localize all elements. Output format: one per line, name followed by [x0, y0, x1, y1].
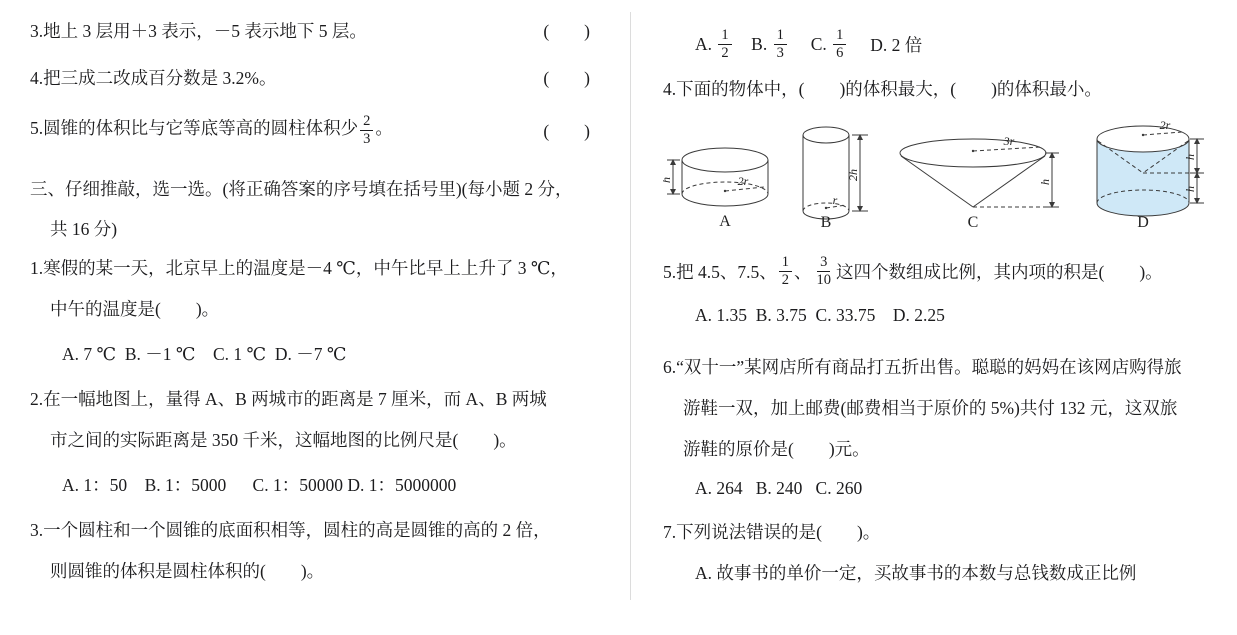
figure-d-label: D	[1137, 214, 1149, 231]
column-divider	[630, 12, 631, 600]
question2-line1: 2.在一幅地图上，量得 A、B 两城市的距离是 7 厘米，而 A、B 两城	[30, 378, 592, 419]
answer-bracket: ( )	[543, 18, 590, 43]
fraction-one-half: 12	[779, 254, 792, 287]
question5-text: 5.把 4.5、7.5、12、310这四个数组成比例，其内项的积是( )。	[663, 247, 1213, 295]
answer-bracket: ( )	[543, 65, 590, 90]
figure-d-radius-label: 2r	[1160, 118, 1171, 132]
figure-c-cone: 3r h C	[889, 123, 1074, 231]
figure-d-upper-height-label: h	[1183, 154, 1197, 160]
fraction-one-third: 13	[774, 27, 787, 60]
section-heading-line2: 共 16 分)	[30, 209, 592, 247]
figure-a-height-label: h	[663, 177, 673, 183]
section-heading-line1: 三、仔细推敲，选一选。(将正确答案的序号填在括号里)(每小题 2 分，	[30, 168, 592, 209]
judge-item-3: 3.地上 3 层用＋3 表示，－5 表示地下 5 层。 ( )	[30, 10, 592, 51]
judge-item-4-text: 4.把三成二改成百分数是 3.2%。	[30, 65, 276, 90]
question1-line2: 中午的温度是( )。	[30, 288, 592, 329]
question3-line1: 3.一个圆柱和一个圆锥的底面积相等，圆柱的高是圆锥的高的 2 倍，	[30, 509, 592, 550]
left-column: 3.地上 3 层用＋3 表示，－5 表示地下 5 层。 ( ) 4.把三成二改成…	[0, 0, 630, 635]
figure-a-radius-label: 2r	[738, 174, 749, 188]
figure-d-cylinder-cone: 2r h h D	[1079, 113, 1209, 231]
judge-item-5-text: 5.圆锥的体积比与它等底等高的圆柱体积少23。	[30, 113, 393, 146]
question3-options: A. 12 B. 13 C. 16 D. 2 倍	[663, 20, 1213, 68]
question7-line1: 7.下列说法错误的是( )。	[663, 511, 1213, 552]
answer-bracket: ( )	[543, 118, 590, 143]
question4-text: 4.下面的物体中，( )的体积最大，( )的体积最小。	[663, 68, 1213, 109]
question6-line1: 6.“双十一”某网店所有商品打五折出售。聪聪的妈妈在该网店购得旅	[663, 346, 1213, 387]
question6-line3: 游鞋的原价是( )元。	[663, 428, 1213, 469]
figure-b-radius-label: r	[833, 193, 838, 207]
question2-options: A. 1：50 B. 1：5000 C. 1：50000 D. 1：500000…	[30, 464, 592, 505]
figure-b-label: B	[821, 214, 832, 231]
question2-line2: 市之间的实际距离是 350 千米，这幅地图的比例尺是( )。	[30, 419, 592, 460]
figure-c-radius-label: 3r	[1002, 134, 1014, 148]
figure-d-lower-height-label: h	[1183, 186, 1197, 192]
question3-line2: 则圆锥的体积是圆柱体积的( )。	[30, 550, 592, 591]
question6-line2: 游鞋一双，加上邮费(邮费相当于原价的 5%)共付 132 元，这双旅	[663, 387, 1213, 428]
exam-page: 3.地上 3 层用＋3 表示，－5 表示地下 5 层。 ( ) 4.把三成二改成…	[0, 0, 1237, 635]
fraction-two-thirds: 23	[360, 113, 373, 146]
question7-option-a: A. 故事书的单价一定，买故事书的本数与总钱数成正比例	[663, 552, 1213, 593]
judge-item-3-text: 3.地上 3 层用＋3 表示，－5 表示地下 5 层。	[30, 18, 367, 43]
figure-b-height-label: 2h	[846, 169, 860, 181]
figure-b-tall-cylinder: 2h r B	[788, 119, 883, 231]
figure-row: h 2r A 2h r	[663, 111, 1213, 231]
fraction-one-half: 12	[718, 27, 731, 60]
judge-item-4: 4.把三成二改成百分数是 3.2%。 ( )	[30, 57, 592, 98]
figure-c-height-label: h	[1038, 179, 1052, 185]
question1-line1: 1.寒假的某一天，北京早上的温度是－4 ℃，中午比早上上升了 3 ℃，	[30, 247, 592, 288]
judge-item-5: 5.圆锥的体积比与它等底等高的圆柱体积少23。 ( )	[30, 106, 592, 154]
fraction-one-sixth: 16	[833, 27, 846, 60]
figure-c-label: C	[967, 214, 978, 231]
question6-options: A. 264 B. 240 C. 260	[663, 469, 1213, 507]
figure-a-label: A	[719, 213, 731, 230]
right-column: A. 12 B. 13 C. 16 D. 2 倍 4.下面的物体中，( )的体积…	[630, 0, 1237, 635]
figure-a-wide-cylinder: h 2r A	[663, 136, 783, 231]
question5-options: A. 1.35 B. 3.75 C. 33.75 D. 2.25	[663, 295, 1213, 336]
question1-options: A. 7 ℃ B. －1 ℃ C. 1 ℃ D. －7 ℃	[30, 333, 592, 374]
fraction-three-tenths: 310	[814, 254, 835, 287]
